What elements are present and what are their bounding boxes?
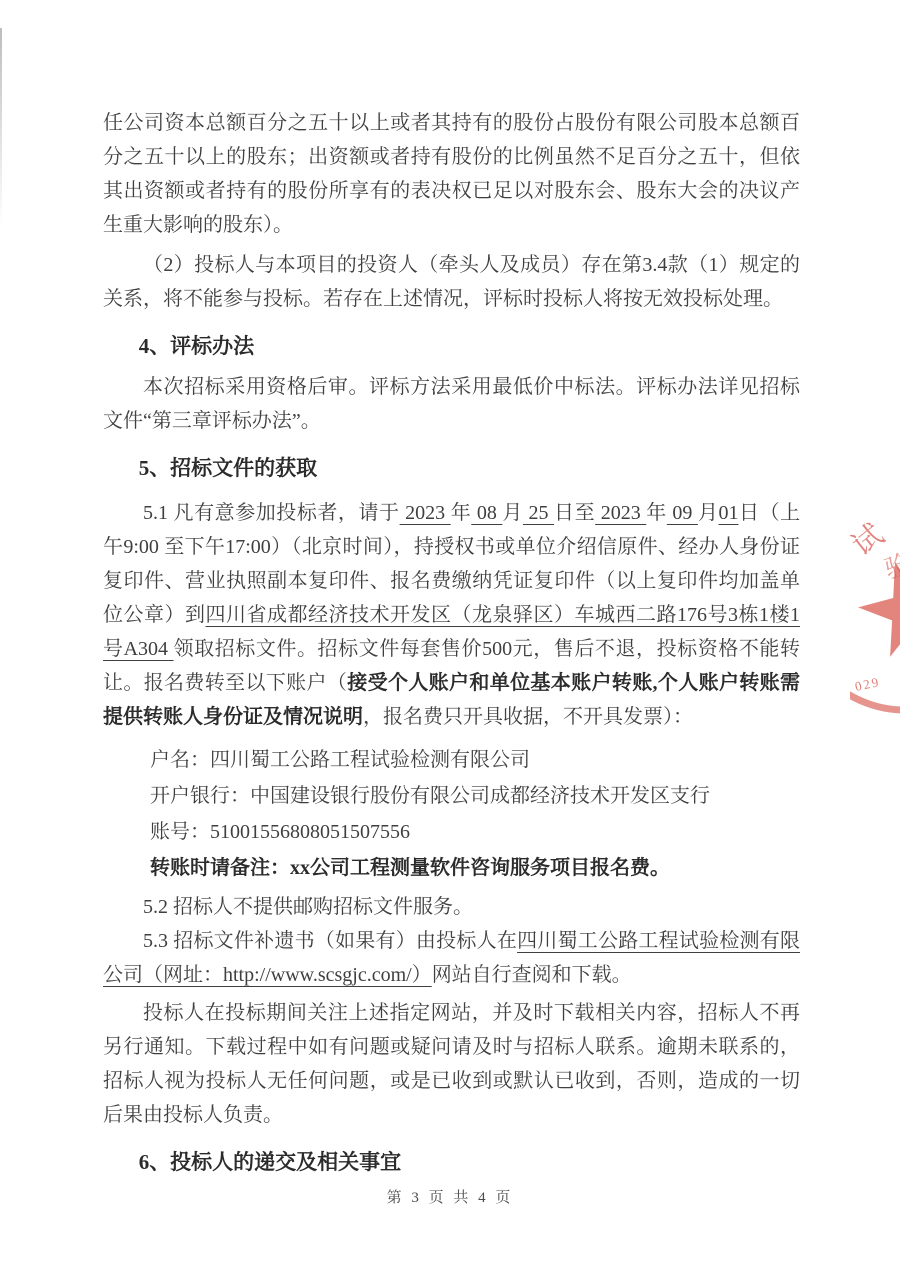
paragraph-website-notice: 投标人在投标期间关注上述指定网站，并及时下载相关内容，招标人不再另行通知。下载过… — [103, 996, 800, 1132]
document-page: 任公司资本总额百分之五十以上或者其持有的股份占股份有限公司股本总额百分之五十以上… — [0, 0, 900, 1273]
scan-edge-artifact — [0, 28, 2, 228]
paragraph-5-3-addendum: 5.3 招标文件补遗书（如果有）由投标人在四川蜀工公路工程试验检测有限公司（网址… — [103, 924, 800, 992]
section-4-heading: 4、评标办法 — [103, 328, 800, 364]
section-6-heading: 6、投标人的递交及相关事宜 — [103, 1144, 800, 1180]
red-seal-stamp: 试 验 029 — [850, 505, 900, 740]
paragraph-evaluation-method: 本次招标采用资格后审。评标方法采用最低价中标法。评标办法详见招标文件“第三章评标… — [103, 370, 800, 438]
account-holder-line: 户名：四川蜀工公路工程试验检测有限公司 — [103, 742, 800, 778]
paragraph-5-1-document-obtaining: 5.1 凡有意参加投标者，请于 2023 年 08 月 25 日至 2023 年… — [103, 496, 800, 734]
account-bank-line: 开户银行：中国建设银行股份有限公司成都经济技术开发区支行 — [103, 778, 800, 814]
transfer-note-line: 转账时请备注：xx公司工程测量软件咨询服务项目报名费。 — [103, 850, 800, 886]
stamp-serial-digits: 029 — [854, 674, 882, 694]
bank-account-block: 户名：四川蜀工公路工程试验检测有限公司 开户银行：中国建设银行股份有限公司成都经… — [103, 742, 800, 886]
paragraph-clause-2: （2）投标人与本项目的投资人（牵头人及成员）存在第3.4款（1）规定的关系，将不… — [103, 248, 800, 316]
paragraph-shareholder-carryover: 任公司资本总额百分之五十以上或者其持有的股份占股份有限公司股本总额百分之五十以上… — [103, 106, 800, 242]
document-body: 任公司资本总额百分之五十以上或者其持有的股份占股份有限公司股本总额百分之五十以上… — [103, 0, 800, 1180]
page-number-footer: 第 3 页 共 4 页 — [0, 1186, 900, 1207]
paragraph-5-2-no-mail-order: 5.2 招标人不提供邮购招标文件服务。 — [103, 890, 800, 924]
section-5-heading: 5、招标文件的获取 — [103, 450, 800, 486]
account-number-line: 账号：51001556808051507556 — [103, 814, 800, 850]
